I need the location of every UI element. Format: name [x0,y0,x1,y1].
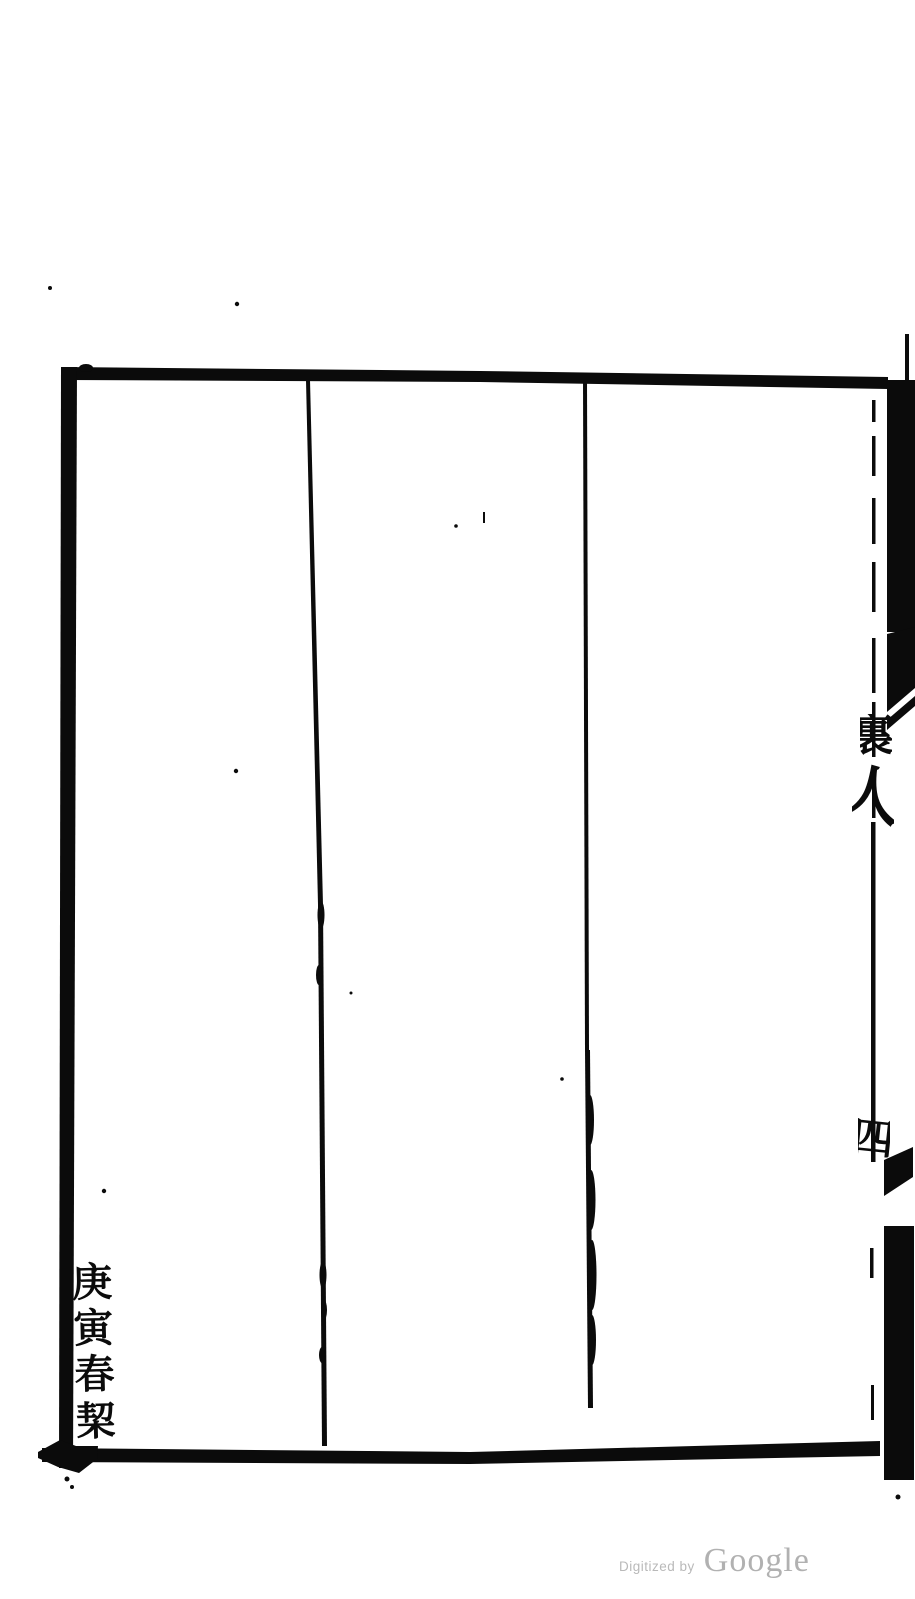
column-divider-1 [306,380,327,1446]
woodblock-frame [0,0,915,1599]
partial-char: 裏 [860,714,892,758]
corner-ink-dot [65,1477,70,1482]
fishtail-mark-top [887,627,915,712]
gutter-partial-char-upper: 裏 [860,714,892,766]
frame-corner-blob [38,1440,98,1473]
folio-char: 四 [858,1118,890,1162]
scanned-book-page: 庚 寅 春 栔 裏 人 四 Digitized by Google [0,0,915,1599]
gutter-partial-char-lower: 人 [852,764,894,844]
ink-specks [48,286,901,1500]
frame-bottom-border [42,1441,880,1464]
partial-char: 人 [852,764,894,830]
column-divider-2 [583,378,597,1408]
gutter-band-top [887,380,915,632]
colophon-date-inscription: 庚 寅 春 栔 [72,1262,117,1445]
gutter-folio-number: 四 [858,1118,890,1164]
frame-right-border [870,400,876,1420]
gutter-band-bottom [884,1226,914,1480]
colophon-char: 庚 [72,1262,113,1306]
colophon-char: 寅 [73,1308,114,1352]
gutter-edge-line [905,334,909,384]
colophon-char: 栔 [75,1400,116,1444]
google-logo: Google [704,1542,810,1580]
frame-top-border-bump [79,364,93,372]
digitization-watermark: Digitized by Google [619,1542,810,1580]
colophon-char: 春 [74,1354,115,1398]
watermark-prefix: Digitized by [619,1559,695,1574]
corner-ink-dot [70,1485,74,1489]
frame-top-border [63,367,888,389]
